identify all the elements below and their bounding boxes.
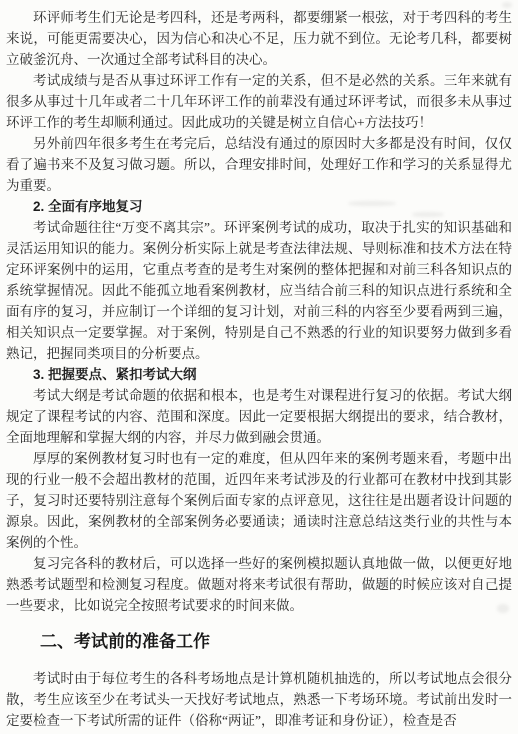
scanned-document-page: 环评师考生们无论是考四科，还是考两科，都要绷紧一根弦，对于考四科的考生来说，可能… — [0, 0, 518, 734]
paragraph-exam-results-relation: 考试成绩与是否从事过环评工作有一定的关系，但不是必然的关系。三年来就有很多从事过… — [6, 70, 512, 133]
paragraph-case-analysis-review: 考试命题往往“万变不离其宗”。环评案例考试的成功，取决于扎实的知识基础和灵活运用… — [6, 217, 512, 364]
numbered-heading-exam-outline: 3. 把握要点、紧扣考试大纲 — [6, 364, 512, 385]
numbered-heading-comprehensive-review: 2. 全面有序地复习 — [6, 196, 512, 217]
paragraph-mock-exercises: 复习完各科的教材后，可以选择一些好的案例模拟题认真地做一做，以便更好地熟悉考试题… — [6, 553, 512, 616]
paragraph-case-textbook: 厚厚的案例教材复习时也有一定的难度，但从四年来的案例考题来看，考题中出现的行业一… — [6, 448, 512, 553]
section-heading-pre-exam-preparation: 二、考试前的准备工作 — [6, 630, 512, 654]
paragraph-outline-basis: 考试大纲是考试命题的依据和根本，也是考生对课程进行复习的依据。考试大纲规定了课程… — [6, 385, 512, 448]
paragraph-exam-determination: 环评师考生们无论是考四科，还是考两科，都要绷紧一根弦，对于考四科的考生来说，可能… — [6, 7, 512, 70]
paragraph-exam-location-documents: 考试时由于每位考生的各科考场地点是计算机随机抽选的，所以考试地点会很分散，考生应… — [6, 668, 512, 731]
paragraph-time-management: 另外前四年很多考生在考完后，总结没有通过的原因时大多都是没有时间，仅仅看了遍书来… — [6, 133, 512, 196]
